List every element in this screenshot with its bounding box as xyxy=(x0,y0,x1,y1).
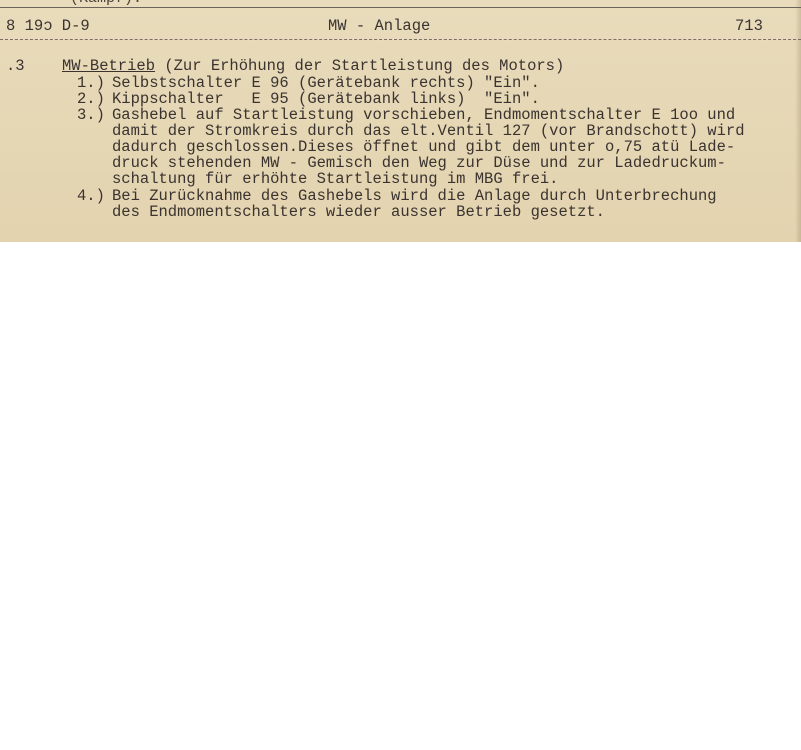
header-rule xyxy=(0,39,801,40)
list-item-text: Gashebel auf Startleistung vorschieben, … xyxy=(112,107,735,123)
scanned-document-page: (Kampf). 8 19ɔ D-9 MW - Anlage 713 .3 MW… xyxy=(0,0,801,242)
list-item-number: 1.) xyxy=(77,75,105,91)
top-rule xyxy=(0,7,801,8)
list-item-text: Bei Zurücknahme des Gashebels wird die A… xyxy=(112,188,717,204)
section-title: MW-Betrieb (Zur Erhöhung der Startleistu… xyxy=(62,58,564,74)
list-item-number: 3.) xyxy=(77,107,105,123)
page-number: 713 xyxy=(735,17,763,35)
list-item-text: Kippschalter E 95 (Gerätebank links) "Ei… xyxy=(112,91,540,107)
list-item-number: 2.) xyxy=(77,91,105,107)
list-item-text: Selbstschalter E 96 (Gerätebank rechts) … xyxy=(112,75,540,91)
cut-off-text: (Kampf). xyxy=(70,0,142,7)
section-number: .3 xyxy=(6,58,25,74)
list-item-number: 4.) xyxy=(77,188,105,204)
list-item-text: damit der Stromkreis durch das elt.Venti… xyxy=(112,123,745,139)
section-title-underlined: MW-Betrieb xyxy=(62,57,155,75)
list-item-text: druck stehenden MW - Gemisch den Weg zur… xyxy=(112,155,726,171)
list-item-text: des Endmomentschalters wieder ausser Bet… xyxy=(112,204,605,220)
document-title: MW - Anlage xyxy=(328,17,430,35)
document-code: 8 19ɔ D-9 xyxy=(6,17,90,35)
section-title-rest: (Zur Erhöhung der Startleistung des Moto… xyxy=(155,57,564,75)
list-item-text: schaltung für erhöhte Startleistung im M… xyxy=(112,171,558,187)
list-item-text: dadurch geschlossen.Dieses öffnet und gi… xyxy=(112,139,735,155)
